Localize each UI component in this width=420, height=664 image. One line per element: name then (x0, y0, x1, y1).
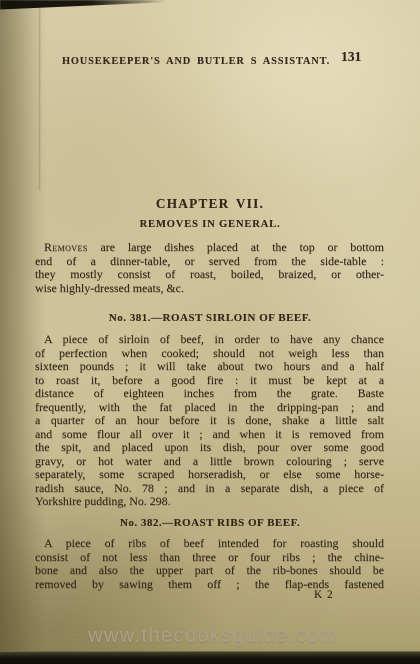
printers-signature-mark: K 2 (314, 589, 334, 601)
text-line: end of a dinner-table, or served from th… (35, 255, 384, 269)
chapter-title: CHAPTER VII. (35, 196, 385, 212)
running-header-title: HOUSEKEEPER'S AND BUTLER S ASSISTANT. (62, 56, 330, 67)
page-edge-crease (39, 0, 40, 190)
text-line: a quarter of an hour before it is done, … (35, 414, 384, 428)
text-line: sixteen pounds ; it will take about two … (35, 360, 384, 374)
lead-word-smallcaps: Removes (44, 240, 88, 254)
text-line: consist of not less than three or four r… (35, 551, 384, 565)
watermark-dot: · (72, 627, 78, 642)
running-header: HOUSEKEEPER'S AND BUTLER S ASSISTANT. (35, 51, 357, 69)
text-line: distance of eighteen inches from the gra… (35, 387, 384, 401)
text-line: A piece of sirloin of beef, in order to … (35, 333, 384, 347)
scan-edge-top (0, 0, 166, 10)
text-line: Yorkshire pudding, No. 298. (35, 495, 384, 509)
scanned-book-page: HOUSEKEEPER'S AND BUTLER S ASSISTANT. 13… (0, 0, 420, 664)
text-line: A piece of ribs of beef intended for roa… (35, 537, 384, 551)
text-line: separately, some scraped horseradish, or… (35, 468, 384, 482)
chapter-subtitle: REMOVES IN GENERAL. (35, 219, 385, 230)
intro-paragraph: Removes are large dishes placed at the t… (35, 241, 384, 295)
watermark-url: www.thecooksguide.com (88, 625, 338, 647)
text-line: frequently, with the fat placed in the d… (35, 401, 384, 415)
text-line: gravy, or hot water and a little brown c… (35, 455, 384, 469)
text-line: they mostly consist of roast, boiled, br… (35, 268, 384, 282)
text-line-rest: are large dishes placed at the top or bo… (88, 240, 384, 254)
recipe-381-paragraph: A piece of sirloin of beef, in order to … (35, 333, 384, 509)
text-line: bone and also the upper part of the rib-… (35, 564, 384, 578)
watermark: ·www.thecooksguide.com (0, 625, 415, 648)
text-line: wise highly-dressed meats, &c. (35, 282, 384, 296)
recipe-382-paragraph: A piece of ribs of beef intended for roa… (35, 537, 384, 591)
scan-edge-bottom (0, 651, 420, 664)
text-line: of perfection when cooked; should not we… (35, 347, 384, 361)
text-line: the spit, and placed upon its dish, pour… (35, 441, 384, 455)
text-line: Removes are large dishes placed at the t… (35, 241, 384, 255)
text-line: and some flour all over it ; and when it… (35, 428, 384, 442)
recipe-382-heading: No. 382.—ROAST RIBS OF BEEF. (35, 517, 385, 529)
recipe-381-heading: No. 381.—ROAST SIRLOIN OF BEEF. (35, 312, 385, 324)
page-number: 131 (341, 49, 361, 65)
text-line: to roast it, before a good fire : it mus… (35, 374, 384, 388)
text-line: radish sauce, No. 78 ; and in a separate… (35, 482, 384, 496)
